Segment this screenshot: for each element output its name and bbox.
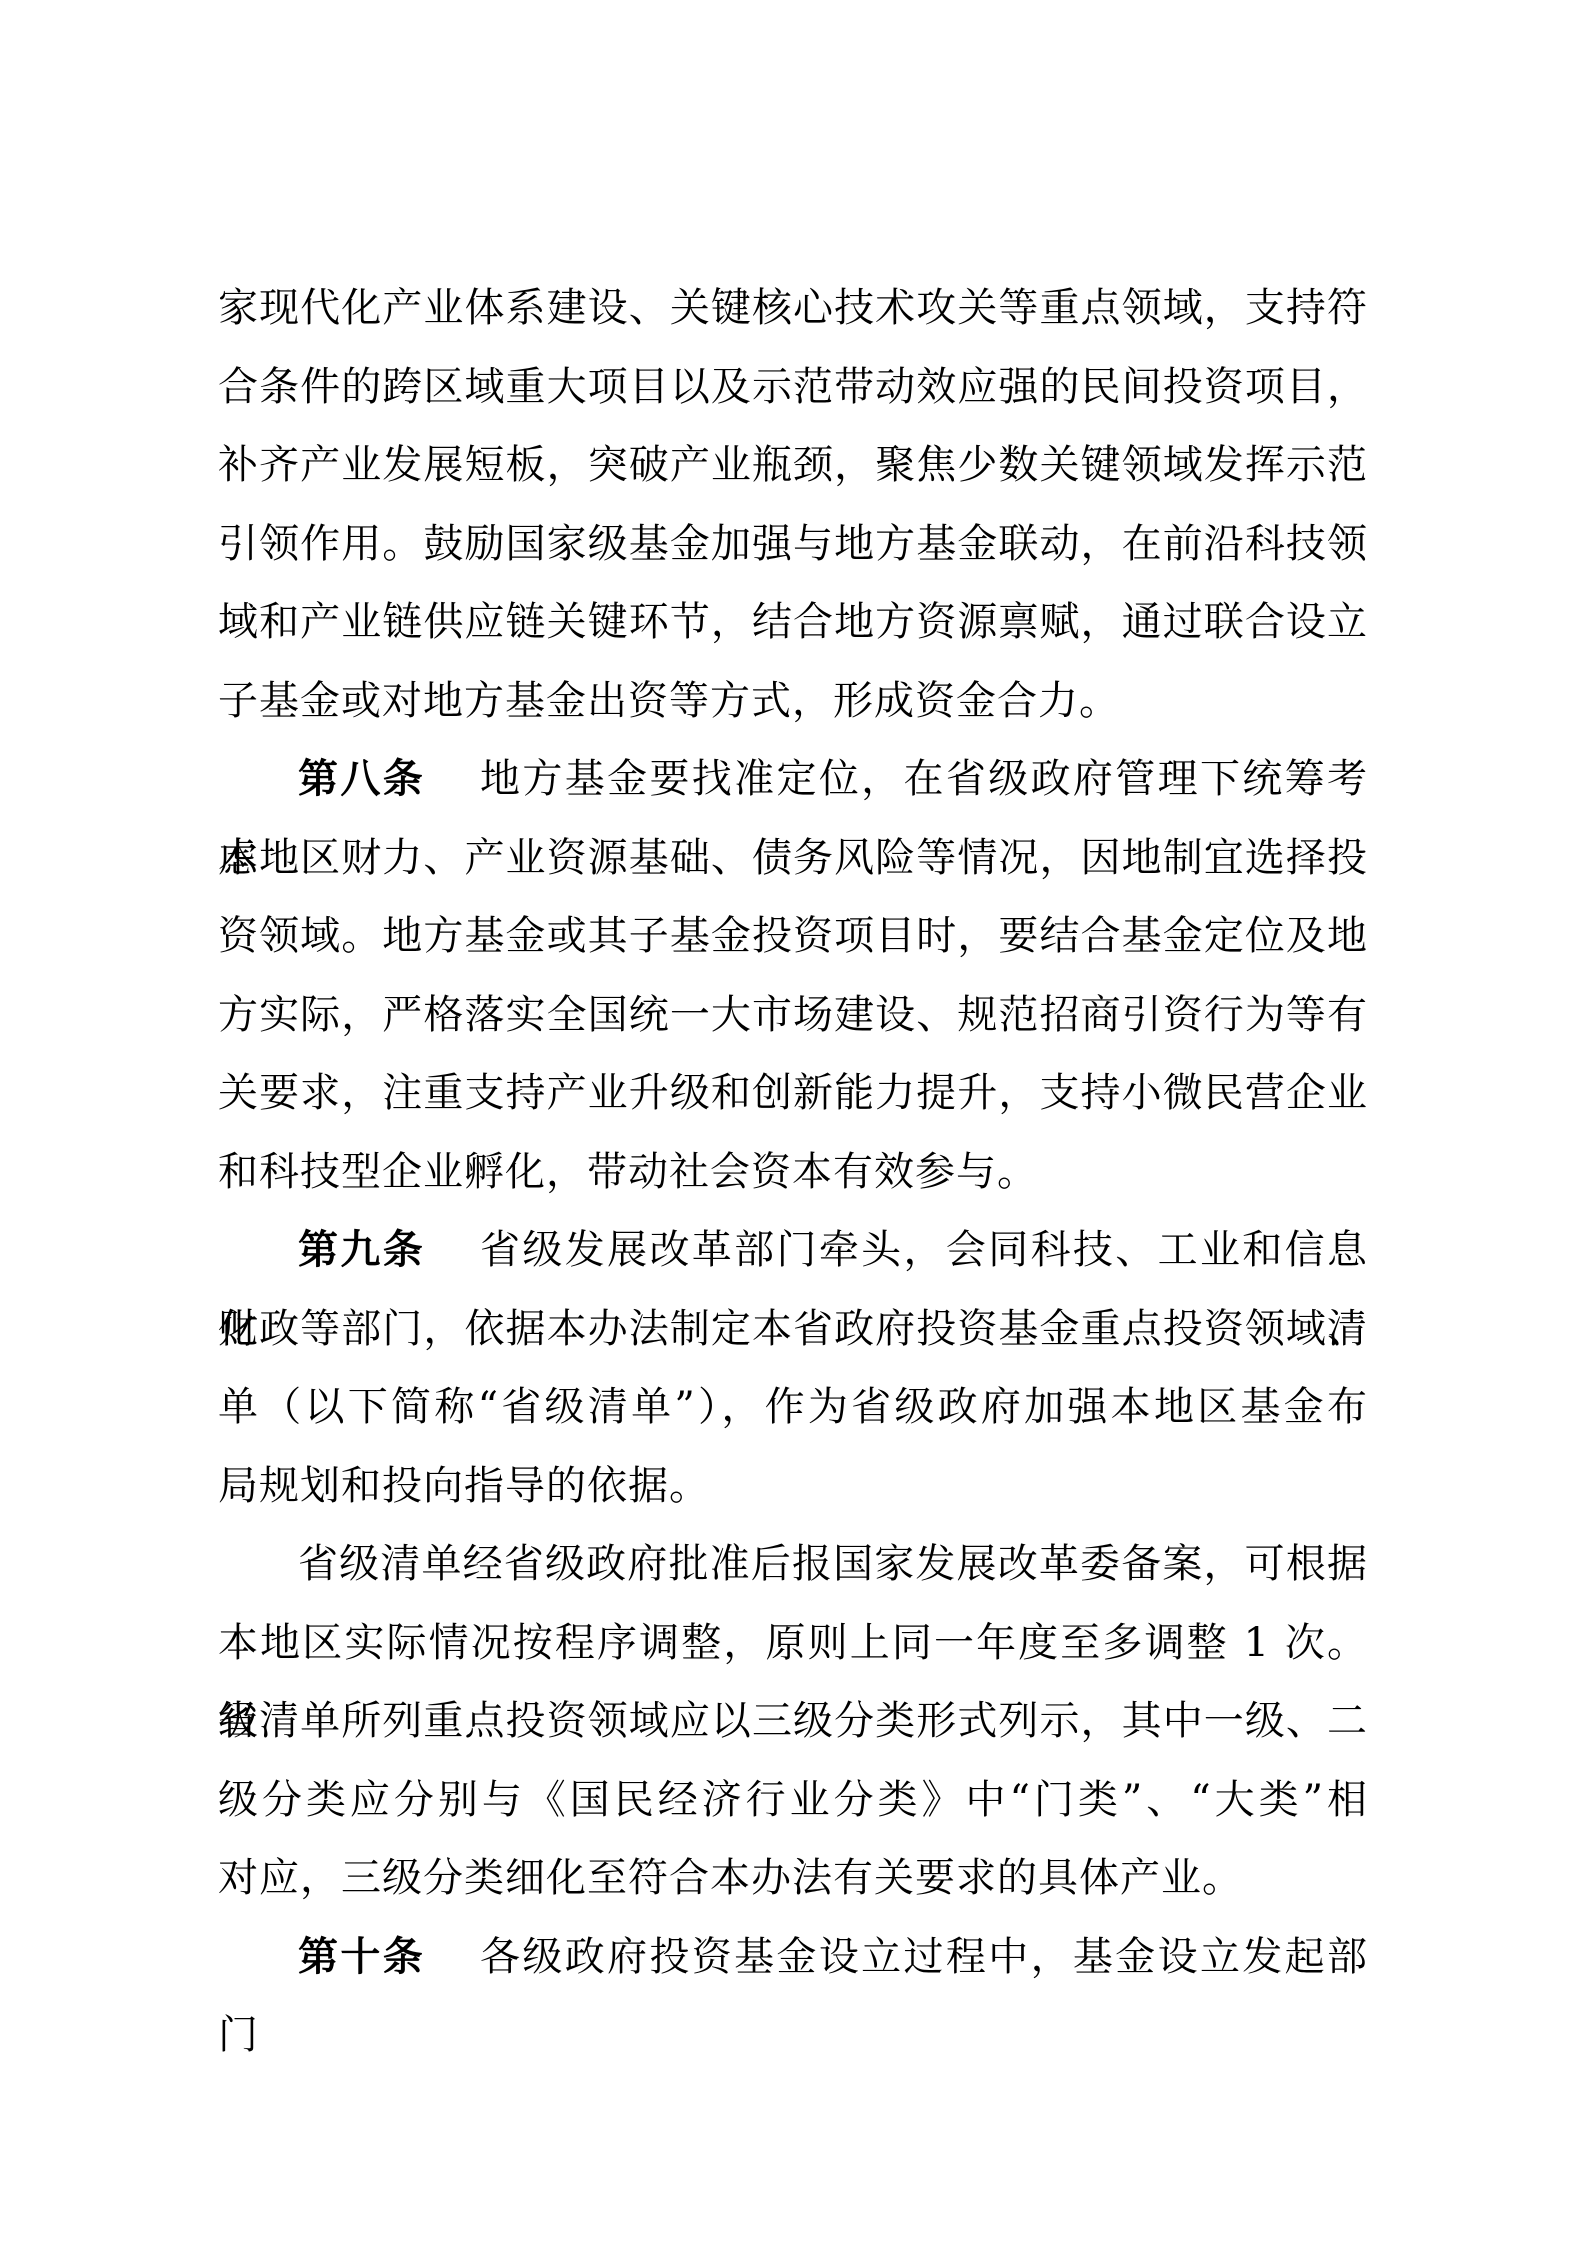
text-line: 财政等部门，依据本办法制定本省政府投资基金重点投资领域清	[218, 1290, 1368, 1369]
text-line: 本地区实际情况按程序调整，原则上同一年度至多调整 1 次。省	[218, 1604, 1368, 1683]
text-line: 引领作用。鼓励国家级基金加强与地方基金联动，在前沿科技领	[218, 505, 1368, 584]
article-number-8: 第八条	[298, 756, 425, 802]
text-line: 家现代化产业体系建设、关键核心技术攻关等重点领域，支持符	[218, 269, 1368, 348]
article-number-9: 第九条	[298, 1227, 425, 1273]
text-line: 局规划和投向指导的依据。	[218, 1447, 1368, 1526]
text-line: 第八条地方基金要找准定位，在省级政府管理下统筹考虑	[218, 740, 1368, 819]
text-line: 省级清单经省级政府批准后报国家发展改革委备案，可根据	[218, 1525, 1368, 1604]
text-line: 补齐产业发展短板，突破产业瓶颈，聚焦少数关键领域发挥示范	[218, 426, 1368, 505]
article-number-10: 第十条	[298, 1934, 425, 1980]
text-line: 子基金或对地方基金出资等方式，形成资金合力。	[218, 662, 1368, 741]
text-line: 域和产业链供应链关键环节，结合地方资源禀赋，通过联合设立	[218, 583, 1368, 662]
text-line: 对应，三级分类细化至符合本办法有关要求的具体产业。	[218, 1839, 1368, 1918]
text-line: 资领域。地方基金或其子基金投资项目时，要结合基金定位及地	[218, 897, 1368, 976]
text-line: 合条件的跨区域重大项目以及示范带动效应强的民间投资项目，	[218, 348, 1368, 427]
text-block: 家现代化产业体系建设、关键核心技术攻关等重点领域，支持符 合条件的跨区域重大项目…	[218, 269, 1368, 1996]
text-line: 方实际，严格落实全国统一大市场建设、规范招商引资行为等有	[218, 976, 1368, 1055]
document-page: 家现代化产业体系建设、关键核心技术攻关等重点领域，支持符 合条件的跨区域重大项目…	[0, 0, 1587, 2245]
text-line: 和科技型企业孵化，带动社会资本有效参与。	[218, 1133, 1368, 1212]
text-line: 第九条省级发展改革部门牵头，会同科技、工业和信息化、	[218, 1211, 1368, 1290]
text-line: 本地区财力、产业资源基础、债务风险等情况，因地制宜选择投	[218, 819, 1368, 898]
text-line: 级分类应分别与《国民经济行业分类》中“门类”、“大类”相	[218, 1761, 1368, 1840]
text-line: 关要求，注重支持产业升级和创新能力提升，支持小微民营企业	[218, 1054, 1368, 1133]
text-line: 第十条各级政府投资基金设立过程中，基金设立发起部门	[218, 1918, 1368, 1997]
text-line: 单（以下简称“省级清单”），作为省级政府加强本地区基金布	[218, 1368, 1368, 1447]
text-line: 级清单所列重点投资领域应以三级分类形式列示，其中一级、二	[218, 1682, 1368, 1761]
